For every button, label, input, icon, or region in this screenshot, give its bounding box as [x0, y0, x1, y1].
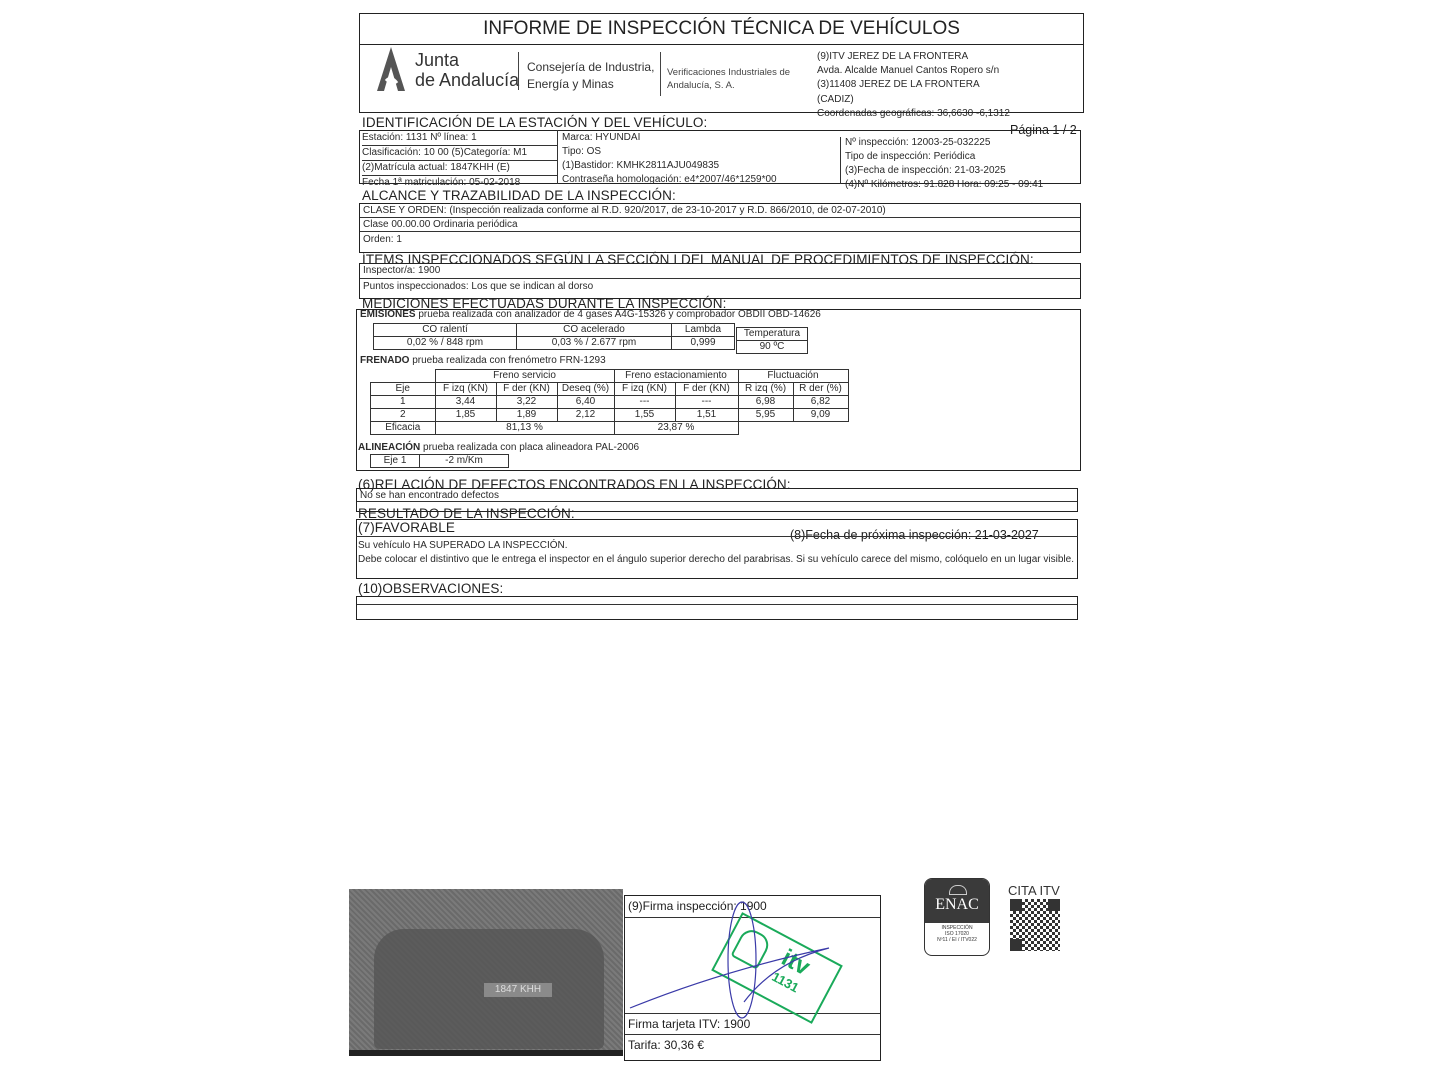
report-header: INFORME DE INSPECCIÓN TÉCNICA DE VEHÍCUL…: [359, 13, 1084, 113]
consejeria-text: Consejería de Industria, Energía y Minas: [527, 59, 654, 93]
items-box: Inspector/a: 1900 Puntos inspeccionados:…: [359, 263, 1081, 299]
divider: [660, 52, 661, 96]
brakes-table: Freno servicio Freno estacionamiento Flu…: [370, 369, 849, 435]
emissions-table: CO ralentí CO acelerado Lambda 0,02 % / …: [373, 323, 735, 350]
veiasa-text: Verificaciones Industriales de Andalucía…: [667, 66, 790, 92]
license-plate: 1847 KHH: [484, 983, 552, 997]
cita-itv-label: CITA ITV: [1008, 883, 1060, 898]
vehicle-photo: 1847 KHH: [349, 889, 623, 1056]
result-divider: [356, 536, 1078, 537]
emissions-caption: EMISIONES prueba realizada con analizado…: [360, 308, 821, 322]
table-row: 2 1,85 1,89 2,12 1,55 1,51 5,95 9,09: [371, 409, 849, 422]
table-row: Eficacia 81,13 % 23,87 %: [371, 422, 849, 435]
enac-badge: ENAC INSPECCIÓN ISO 17020 Nº11 / EI / IT…: [924, 878, 990, 956]
result-verdict: (7)FAVORABLE: [358, 520, 455, 535]
junta-andalucia-logo-icon: [377, 47, 405, 91]
station-address: (9)ITV JEREZ DE LA FRONTERA Avda. Alcald…: [817, 50, 1010, 121]
vehicle-info: Marca: HYUNDAI Tipo: OS (1)Bastidor: KMH…: [562, 131, 777, 187]
report-title: INFORME DE INSPECCIÓN TÉCNICA DE VEHÍCUL…: [360, 18, 1083, 40]
divider: [518, 52, 519, 90]
result-message: Su vehículo HA SUPERADO LA INSPECCIÓN. D…: [358, 539, 1076, 566]
signature-scribble: [624, 890, 864, 1020]
alignment-caption: ALINEACIÓN prueba realizada con placa al…: [358, 441, 639, 455]
photo-timestamp-bar: [349, 1050, 623, 1056]
alignment-table: Eje 1 -2 m/Km: [370, 454, 509, 468]
observations-title: (10)OBSERVACIONES:: [358, 581, 503, 596]
observations-box: [356, 596, 1078, 620]
identification-title: IDENTIFICACIÓN DE LA ESTACIÓN Y DEL VEHÍ…: [362, 115, 707, 130]
fee: Tarifa: 30,36 €: [628, 1038, 704, 1052]
station-info: Estación: 1131 Nº línea: 1 Clasificación…: [362, 131, 557, 190]
qr-code-icon[interactable]: [1010, 899, 1060, 951]
brakes-caption: FRENADO prueba realizada con frenómetro …: [360, 354, 606, 368]
temperature-table: Temperatura 90 ºC: [736, 327, 808, 354]
inspection-info: Nº inspección: 12003-25-032225 Tipo de i…: [845, 136, 1043, 192]
logo-text: Junta de Andalucía: [415, 50, 519, 90]
divider: [840, 137, 841, 184]
divider: [557, 130, 558, 184]
title-divider: [360, 44, 1083, 45]
scope-title: ALCANCE Y TRAZABILIDAD DE LA INSPECCIÓN:: [362, 188, 676, 203]
crown-icon: [949, 885, 967, 895]
table-row: 1 3,44 3,22 6,40 --- --- 6,98 6,82: [371, 396, 849, 409]
scope-box: CLASE Y ORDEN: (Inspección realizada con…: [359, 203, 1081, 253]
enac-header: ENAC: [925, 879, 989, 923]
